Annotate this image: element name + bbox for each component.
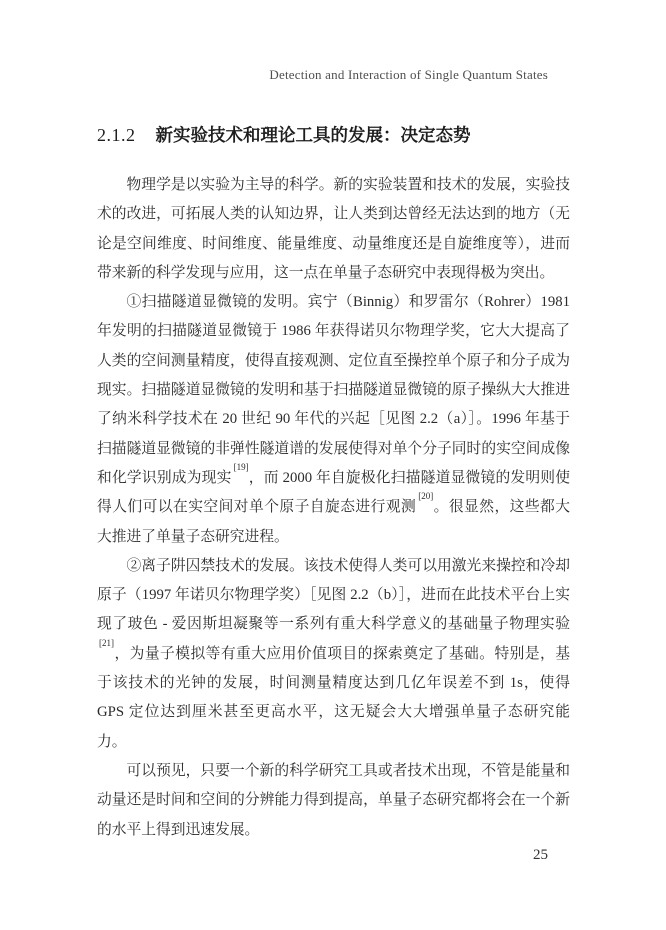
citation-ref-21: [21] — [99, 638, 114, 648]
document-page: Detection and Interaction of Single Quan… — [0, 0, 666, 930]
citation-ref-19: [19] — [234, 462, 249, 472]
section-number: 2.1.2 — [97, 125, 136, 145]
paragraph-ion-trap-run-1: ②离子阱囚禁技术的发展。该技术使得人类可以用激光来操控和冷却原子（1997 年诺… — [97, 558, 570, 633]
paragraph-ion-trap: ②离子阱囚禁技术的发展。该技术使得人类可以用激光来操控和冷却原子（1997 年诺… — [97, 552, 570, 757]
section-title: 新实验技术和理论工具的发展：决定态势 — [156, 125, 471, 145]
paragraph-intro: 物理学是以实验为主导的科学。新的实验装置和技术的发展，实验技术的改进，可拓展人类… — [97, 171, 570, 288]
paragraph-stm-run-1: ①扫描隧道显微镜的发明。宾宁（Binnig）和罗雷尔（Rohrer）1981 年… — [97, 294, 570, 486]
paragraph-ion-trap-run-2: ，为量子模拟等有重大应用价值项目的探索奠定了基础。特别是，基于该技术的光钟的发展… — [97, 646, 570, 750]
body-text: 物理学是以实验为主导的科学。新的实验装置和技术的发展，实验技术的改进，可拓展人类… — [97, 171, 570, 845]
section-heading: 2.1.2新实验技术和理论工具的发展：决定态势 — [97, 122, 570, 147]
citation-ref-20: [20] — [418, 491, 433, 501]
running-header: Detection and Interaction of Single Quan… — [269, 67, 548, 83]
page-number: 25 — [533, 847, 548, 864]
paragraph-stm: ①扫描隧道显微镜的发明。宾宁（Binnig）和罗雷尔（Rohrer）1981 年… — [97, 288, 570, 552]
paragraph-outlook: 可以预见，只要一个新的科学研究工具或者技术出现，不管是能量和动量还是时间和空间的… — [97, 757, 570, 845]
